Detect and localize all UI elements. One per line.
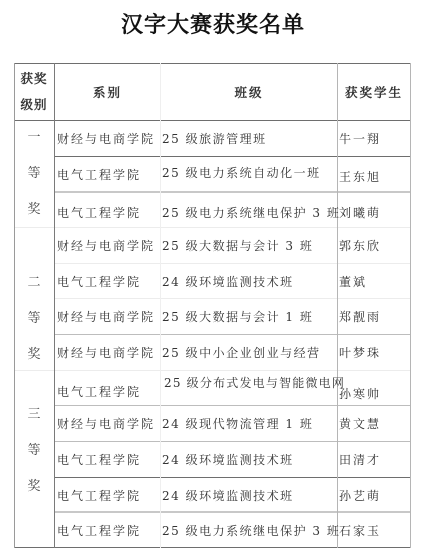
award-level-first: 一 等 奖 — [14, 121, 54, 227]
award-table: 获奖 级别 系别 班级 获奖学生 一 等 奖 财经与电商学院 25 级旅游管理班… — [14, 63, 411, 547]
header-class: 班级 — [161, 63, 337, 120]
cell-class: 24 级现代物流管理 1 班 — [162, 406, 313, 441]
cell-class: 25 级电力系统继电保护 3 班 — [162, 195, 340, 230]
cell-department: 财经与电商学院 — [57, 299, 155, 334]
cell-class: 25 级旅游管理班 — [162, 121, 267, 156]
column-divider — [54, 63, 55, 548]
cell-student: 孙艺萌 — [339, 478, 381, 513]
cell-student: 刘曦萌 — [339, 195, 381, 230]
header-department: 系别 — [55, 63, 160, 120]
cell-class: 25 级电力系统自动化一班 — [162, 155, 321, 190]
cell-class: 25 级大数据与会计 3 班 — [162, 228, 313, 263]
cell-department: 电气工程学院 — [57, 442, 141, 477]
cell-department: 财经与电商学院 — [57, 228, 155, 263]
cell-department: 电气工程学院 — [57, 195, 141, 230]
page-title: 汉字大赛获奖名单 — [0, 8, 426, 39]
cell-department: 财经与电商学院 — [57, 121, 155, 156]
header-award-level: 获奖 级别 — [14, 63, 54, 120]
cell-department: 电气工程学院 — [57, 157, 141, 192]
column-divider — [160, 63, 161, 548]
cell-department: 财经与电商学院 — [57, 335, 155, 370]
cell-class: 24 级环境监测技术班 — [162, 478, 294, 513]
cell-student: 田清才 — [339, 442, 381, 477]
cell-class: 25 级分布式发电与智能微电网 — [164, 365, 345, 400]
cell-student: 叶梦珠 — [339, 335, 381, 370]
header-student: 获奖学生 — [338, 63, 410, 120]
cell-student: 牛一翔 — [339, 121, 381, 156]
header-award-level-line2: 级别 — [20, 92, 47, 118]
cell-student: 黄文慧 — [339, 406, 381, 441]
cell-department: 电气工程学院 — [57, 374, 141, 409]
cell-class: 24 级环境监测技术班 — [162, 442, 294, 477]
cell-student: 王东旭 — [339, 159, 381, 194]
cell-department: 电气工程学院 — [57, 264, 141, 299]
cell-department: 财经与电商学院 — [57, 406, 155, 441]
column-divider — [337, 63, 338, 548]
cell-student: 郑靓雨 — [339, 299, 381, 334]
header-award-level-line1: 获奖 — [20, 66, 47, 92]
cell-student: 石家玉 — [339, 513, 381, 548]
cell-class: 25 级大数据与会计 1 班 — [162, 299, 313, 334]
cell-student: 郭东欣 — [339, 228, 381, 263]
cell-class: 25 级电力系统继电保护 3 班 — [162, 513, 340, 548]
award-level-third: 三 等 奖 — [14, 371, 54, 547]
award-level-second: 二 等 奖 — [14, 228, 54, 370]
cell-class: 24 级环境监测技术班 — [162, 264, 294, 299]
cell-department: 电气工程学院 — [57, 478, 141, 513]
table-border-right — [410, 63, 411, 548]
cell-department: 电气工程学院 — [57, 513, 141, 548]
cell-student: 董斌 — [339, 264, 367, 299]
